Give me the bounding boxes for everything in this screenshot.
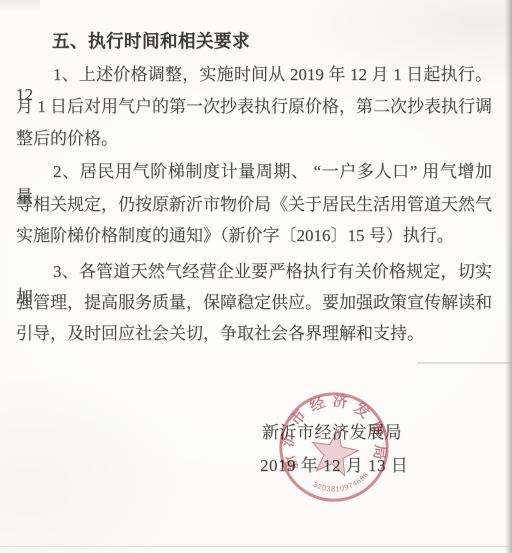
- scan-artifact-streak: [0, 546, 512, 547]
- body-line: 等相关规定，仍按原新沂市物价局《关于居民生活用管道天然气: [16, 190, 492, 214]
- body-line: 1、上述价格调整，实施时间从 2019 年 12 月 1 日起执行。12: [16, 60, 492, 84]
- body-line: 引导，及时回应社会关切，争取社会各界理解和支持。: [16, 319, 492, 343]
- scanned-document-page: 五、执行时间和相关要求 1、上述价格调整，实施时间从 2019 年 12 月 1…: [0, 0, 512, 553]
- body-line: 实施阶梯价格制度的通知》（新价字〔2016〕15 号）执行。: [16, 221, 492, 245]
- body-line: 强管理，提高服务质量，保障稳定供应。要加强政策宣传解读和: [16, 288, 492, 312]
- official-seal: 新沂市经济发展局 3203810974688: [276, 388, 392, 506]
- body-line: 3、各管道天然气经营企业要严格执行有关价格规定，切实加: [16, 257, 492, 281]
- seal-code: 3203810974688: [312, 470, 370, 493]
- scan-artifact-smudge: [0, 0, 40, 10]
- scan-artifact-right-edge: [505, 0, 512, 553]
- body-line: 2、居民用气阶梯制度计量周期、 “一户多人口” 用气增加量: [16, 157, 492, 181]
- section-heading: 五、执行时间和相关要求: [52, 28, 250, 53]
- svg-text:3203810974688: 3203810974688: [312, 470, 370, 493]
- body-line: 整后的价格。: [16, 124, 492, 148]
- seal-star: [308, 426, 361, 477]
- body-line: 月 1 日后对用气户的第一次抄表执行原价格，第二次抄表执行调: [16, 92, 492, 116]
- scan-artifact-streak: [418, 362, 512, 364]
